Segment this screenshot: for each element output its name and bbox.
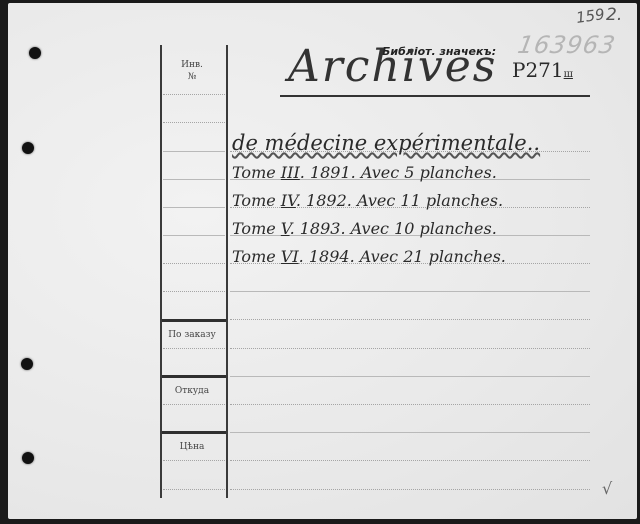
right-column-border [226,45,228,498]
inv-label: Инв. [161,60,223,70]
body-rule [230,319,590,320]
body-line-subtitle: de médecine expérimentale.. [232,131,540,155]
tome-plates: Avec 11 planches. [357,191,503,210]
left-rule [163,348,225,349]
tome-plates: Avec 10 planches. [351,219,497,238]
punch-hole-2 [22,142,34,154]
left-rule [163,291,225,292]
body-rule [230,404,590,405]
body-line-tome: Tome IV. 1892. Avec 11 planches. [232,191,503,210]
section-divider-price [162,431,226,434]
body-rule [230,291,590,292]
source-label: Откуда [161,386,223,396]
tome-number: III [281,163,300,182]
tome-word: Tome [232,191,276,210]
check-mark: √ [602,479,612,498]
tome-plates: Avec 21 planches. [360,247,506,266]
punch-hole-3 [21,358,33,370]
tome-number: IV [281,191,296,210]
left-rule [163,94,225,95]
tome-year: 1893. [300,219,346,238]
tome-number: VI [281,247,299,266]
left-rule [163,489,225,490]
left-rule [163,235,225,236]
title-archives: Archives [288,41,497,92]
punch-hole-4 [22,452,34,464]
body-rule [230,489,590,490]
tome-year: 1894. [309,247,355,266]
body-line-tome: Tome III. 1891. Avec 5 planches. [232,163,497,182]
left-rule [163,207,225,208]
body-rule [230,460,590,461]
body-rule [230,432,590,433]
left-rule [163,151,225,152]
catalog-card: Инв. № По заказу Откуда Цѣна Библіот. зн… [8,3,637,519]
punch-hole-1 [29,47,41,59]
body-line-tome: Tome VI. 1894. Avec 21 planches. [232,247,506,266]
pencil-number-top-2: 2. [606,5,622,25]
pencil-number-top: 159 [575,5,606,27]
left-rule [163,179,225,180]
body-rule [230,376,590,377]
left-rule [163,263,225,264]
shelfmark-code: P271 [512,58,564,82]
body-line-tome: Tome V. 1893. Avec 10 planches. [232,219,497,238]
tome-year: 1892. [306,191,352,210]
left-rule [163,122,225,123]
shelfmark: P271ш [512,58,573,82]
tome-plates: Avec 5 planches. [361,163,497,182]
left-rule [163,460,225,461]
title-underline [280,95,590,97]
tome-number: V [281,219,290,238]
tome-word: Tome [232,247,276,266]
body-rule [230,348,590,349]
tome-year: 1891. [310,163,356,182]
section-divider-source [162,375,226,378]
shelfmark-suffix: ш [564,69,573,80]
price-label: Цѣна [161,442,223,452]
left-rule [163,404,225,405]
tome-word: Tome [232,219,276,238]
order-label: По заказу [161,330,223,340]
inventory-stamp: 163963 [516,31,619,59]
tome-word: Tome [232,163,276,182]
section-divider-order [162,319,226,322]
inv-no-label: № [161,72,223,82]
